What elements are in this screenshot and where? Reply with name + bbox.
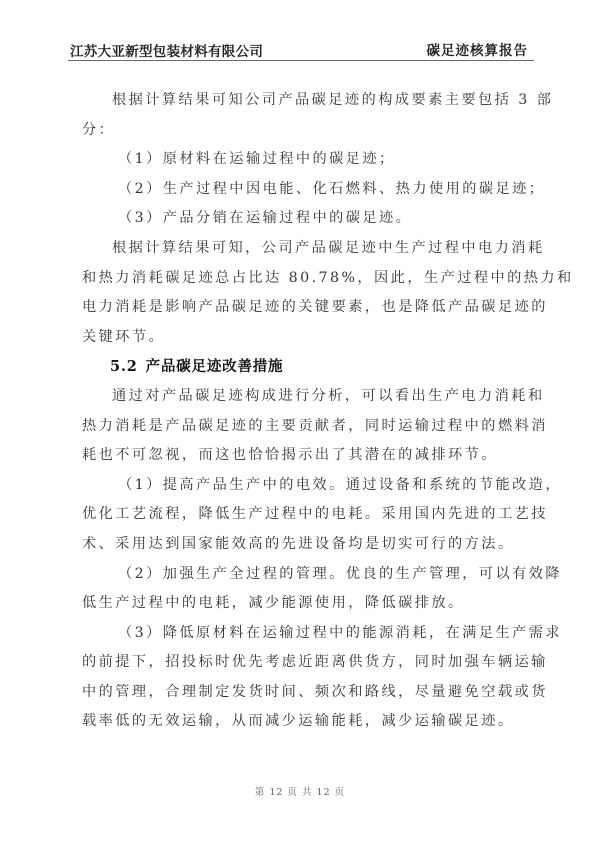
conclusion-paragraphs: 根据计算结果可知公司产品碳足迹的构成要素主要包括 3 部 分： （1）原材料在运… [82, 86, 502, 352]
measure-item: （3）降低原材料在运输过程中的能源消耗，在满足生产需求 [82, 619, 502, 649]
list-item: （3）产品分销在运输过程中的碳足迹。 [82, 204, 502, 234]
text-line: 通过对产品碳足迹构成进行分析，可以看出生产电力消耗和 [82, 382, 502, 412]
measure-item: （1）提高产品生产中的电效。通过设备和系统的节能改造， [82, 471, 502, 501]
text-line: 和热力消耗碳足迹总占比达 80.78%，因此，生产过程中的热力和 [82, 264, 502, 294]
section-heading: 5.2产品碳足迹改善措施 [82, 352, 502, 382]
text-line: 根据计算结果可知，公司产品碳足迹中生产过程中电力消耗 [82, 234, 502, 264]
text-line: 分： [82, 116, 502, 146]
text-line: 载率低的无效运输，从而减少运输能耗，减少运输碳足迹。 [82, 707, 502, 737]
document-body: 根据计算结果可知公司产品碳足迹的构成要素主要包括 3 部 分： （1）原材料在运… [82, 86, 502, 737]
text-line: 低生产过程中的电耗，减少能源使用，降低碳排放。 [82, 589, 502, 619]
text-line: 中的管理，合理制定发货时间、频次和路线，尽量避免空载或货 [82, 678, 502, 708]
section-number: 5.2 [110, 358, 138, 375]
page-header: 江苏大亚新型包装材料有限公司 碳足迹核算报告 [68, 36, 534, 61]
text-line: 优化工艺流程，降低生产过程中的电耗。采用国内先进的工艺技 [82, 500, 502, 530]
text-line: 电力消耗是影响产品碳足迹的关键要素，也是降低产品碳足迹的 [82, 293, 502, 323]
text-line: 热力消耗是产品碳足迹的主要贡献者，同时运输过程中的燃料消 [82, 412, 502, 442]
text-line: 耗也不可忽视，而这也恰恰揭示出了其潜在的减排环节。 [82, 441, 502, 471]
text-line: 根据计算结果可知公司产品碳足迹的构成要素主要包括 3 部 [82, 86, 502, 116]
list-item: （1）原材料在运输过程中的碳足迹； [82, 145, 502, 175]
text-line: 术、采用达到国家能效高的先进设备均是切实可行的方法。 [82, 530, 502, 560]
improvement-paragraphs: 通过对产品碳足迹构成进行分析，可以看出生产电力消耗和 热力消耗是产品碳足迹的主要… [82, 382, 502, 737]
report-title: 碳足迹核算报告 [427, 39, 529, 59]
text-line: 关键环节。 [82, 323, 502, 353]
list-item: （2）生产过程中因电能、化石燃料、热力使用的碳足迹； [82, 175, 502, 205]
page-footer: 第 12 页 共 12 页 [0, 784, 600, 798]
page-number: 第 12 页 共 12 页 [255, 787, 345, 798]
company-name: 江苏大亚新型包装材料有限公司 [70, 40, 263, 60]
text-line: 的前提下，招投标时优先考虑近距离供货方，同时加强车辆运输 [82, 648, 502, 678]
section-title: 产品碳足迹改善措施 [146, 358, 284, 375]
measure-item: （2）加强生产全过程的管理。优良的生产管理，可以有效降 [82, 560, 502, 590]
